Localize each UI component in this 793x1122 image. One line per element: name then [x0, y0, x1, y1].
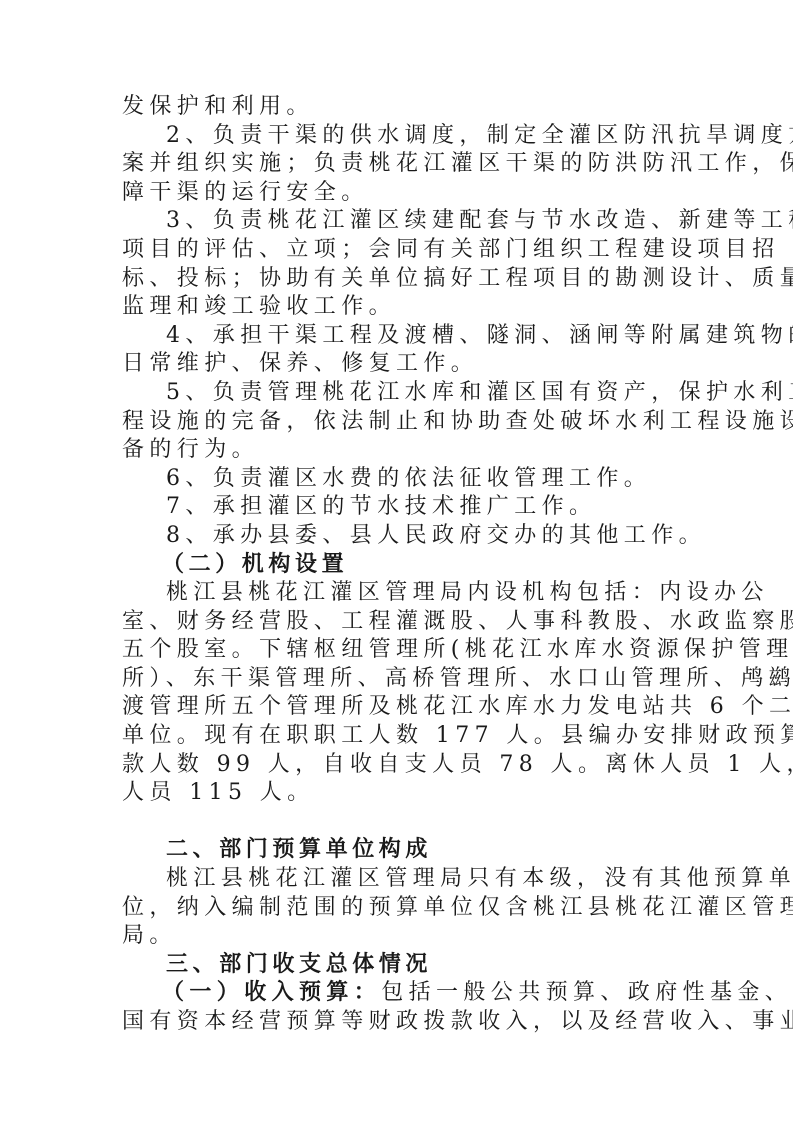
duty-item-3: 3、负责桃花江灌区续建配套与节水改造、新建等工程 项目的评估、立项；会同有关部门…: [122, 207, 674, 321]
section-heading-income-expense: 三、部门收支总体情况: [122, 951, 674, 980]
text-line: 障干渠的运行安全。: [122, 179, 674, 208]
section-heading-budget-units: 二、部门预算单位构成: [122, 836, 674, 865]
text-line: 桃江县桃花江灌区管理局只有本级，没有其他预算单: [122, 865, 674, 894]
duty-item-5: 5、负责管理桃花江水库和灌区国有资产，保护水利工 程设施的完备，依法制止和协助查…: [122, 379, 674, 465]
paragraph-continuation: 发保护和利用。: [122, 93, 674, 122]
duty-item-2: 2、负责干渠的供水调度，制定全灌区防汛抗旱调度方 案并组织实施；负责桃花江灌区干…: [122, 122, 674, 208]
text-line: 2、负责干渠的供水调度，制定全灌区防汛抗旱调度方: [122, 122, 674, 151]
text-line: 4、承担干渠工程及渡槽、隧洞、涵闸等附属建筑物的: [122, 322, 674, 351]
duty-item-8: 8、承办县委、县人民政府交办的其他工作。: [122, 522, 674, 551]
section-heading-org: （二）机构设置: [122, 551, 674, 580]
text-line: 渡管理所五个管理所及桃花江水库水力发电站共 6 个二级: [122, 693, 674, 722]
text-line: 所）、东干渠管理所、高桥管理所、水口山管理所、鸬鹚: [122, 665, 674, 694]
text-line: 备的行为。: [122, 436, 674, 465]
duty-item-4: 4、承担干渠工程及渡槽、隧洞、涵闸等附属建筑物的 日常维护、保养、修复工作。: [122, 322, 674, 379]
text-line: 案并组织实施；负责桃花江灌区干渠的防洪防汛工作，保: [122, 150, 674, 179]
blank-line: [122, 808, 674, 837]
org-paragraph: 桃江县桃花江灌区管理局内设机构包括：内设办公 室、财务经营股、工程灌溉股、人事科…: [122, 579, 674, 808]
text-line: 监理和竣工验收工作。: [122, 293, 674, 322]
text-line: 人员 115 人。: [122, 779, 674, 808]
text-line: 室、财务经营股、工程灌溉股、人事科教股、水政监察股: [122, 608, 674, 637]
text-line: 桃江县桃花江灌区管理局内设机构包括：内设办公: [122, 579, 674, 608]
text-line: （一）收入预算：包括一般公共预算、政府性基金、: [122, 979, 674, 1008]
text-line: 国有资本经营预算等财政拨款收入，以及经营收入、事业: [122, 1008, 674, 1037]
duty-item-7: 7、承担灌区的节水技术推广工作。: [122, 493, 674, 522]
text-line: 5、负责管理桃花江水库和灌区国有资产，保护水利工: [122, 379, 674, 408]
document-page: 发保护和利用。 2、负责干渠的供水调度，制定全灌区防汛抗旱调度方 案并组织实施；…: [122, 93, 674, 1037]
text-line: 局。: [122, 922, 674, 951]
text-line: 五个股室。下辖枢纽管理所(桃花江水库水资源保护管理: [122, 636, 674, 665]
income-paragraph: （一）收入预算：包括一般公共预算、政府性基金、 国有资本经营预算等财政拨款收入，…: [122, 979, 674, 1036]
text-line: 标、投标；协助有关单位搞好工程项目的勘测设计、质量: [122, 265, 674, 294]
duty-item-6: 6、负责灌区水费的依法征收管理工作。: [122, 465, 674, 494]
budget-units-paragraph: 桃江县桃花江灌区管理局只有本级，没有其他预算单 位，纳入编制范围的预算单位仅含桃…: [122, 865, 674, 951]
text-line: 款人数 99 人，自收自支人员 78 人。离休人员 1 人，退休: [122, 751, 674, 780]
text-line: 程设施的完备，依法制止和协助查处破坏水利工程设施设: [122, 408, 674, 437]
text-line: 日常维护、保养、修复工作。: [122, 350, 674, 379]
income-text: 包括一般公共预算、政府性基金、: [381, 980, 792, 1005]
text-line: 项目的评估、立项；会同有关部门组织工程建设项目招: [122, 236, 674, 265]
text-line: 3、负责桃花江灌区续建配套与节水改造、新建等工程: [122, 207, 674, 236]
text-line: 位，纳入编制范围的预算单位仅含桃江县桃花江灌区管理: [122, 894, 674, 923]
text-line: 单位。现有在职职工人数 177 人。县编办安排财政预算拨: [122, 722, 674, 751]
income-label: （一）收入预算：: [162, 980, 381, 1005]
